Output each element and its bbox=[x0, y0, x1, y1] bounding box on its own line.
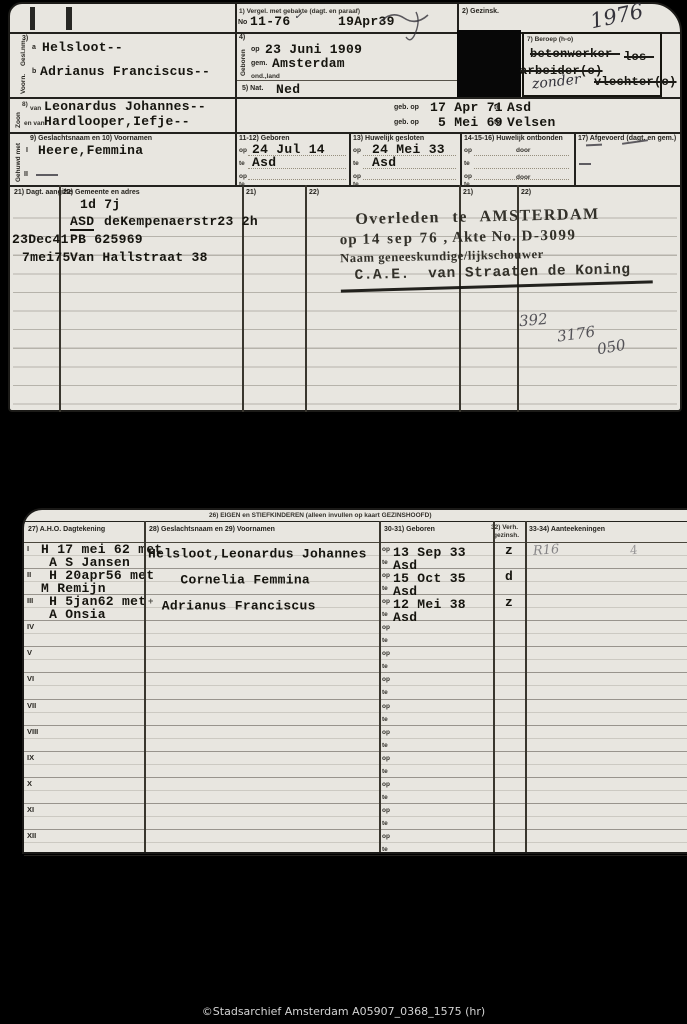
registration-date: 23Dec41 bbox=[12, 233, 69, 247]
children-column-headers: 27) A.H.O. Dagtekening 28) Geslachtsnaam… bbox=[24, 522, 687, 543]
op-label: op bbox=[382, 621, 393, 631]
child-row: XIopte bbox=[24, 804, 687, 830]
surname-side-label: Gesl.nm. bbox=[20, 39, 27, 66]
child-row: Xopte bbox=[24, 778, 687, 804]
op-label: op bbox=[382, 778, 393, 788]
te-label: te bbox=[239, 181, 245, 188]
guide-line bbox=[248, 179, 346, 180]
archive-caption: ©Stadsarchief Amsterdam A05907_0368_1575… bbox=[0, 1005, 687, 1018]
row-number: II bbox=[27, 570, 31, 579]
te-label: te bbox=[382, 634, 393, 644]
child-marriage-line2 bbox=[41, 817, 144, 830]
firstnames-value: Adrianus Franciscus-- bbox=[40, 65, 210, 79]
op-label: op bbox=[382, 830, 393, 840]
guide-line bbox=[474, 168, 569, 169]
child-dagtekening-cell: X bbox=[24, 778, 144, 803]
father-birth-date: 17 Apr 71 bbox=[430, 101, 503, 115]
handwritten-dash bbox=[579, 163, 591, 165]
child-relation-cell bbox=[493, 804, 525, 829]
child-name-cell: Cornelia Femmina bbox=[144, 569, 379, 594]
row-number: VIII bbox=[27, 727, 38, 736]
child-name-cell bbox=[144, 647, 379, 672]
handwritten-note: R16 bbox=[533, 542, 560, 559]
child-row: IXopte bbox=[24, 752, 687, 778]
comma: , bbox=[443, 230, 448, 246]
column-line bbox=[59, 185, 61, 412]
divider-line bbox=[574, 132, 576, 185]
field2-label: 2) Gezinsk. bbox=[462, 8, 499, 16]
registration-city: ASD bbox=[70, 215, 94, 231]
child-name: Adrianus Franciscus bbox=[154, 599, 316, 614]
child-marriage-line2 bbox=[41, 739, 144, 752]
child-notes-cell bbox=[525, 804, 687, 829]
op-label: op bbox=[382, 700, 393, 710]
father-birth-place: Asd bbox=[507, 101, 531, 115]
child-marriage-line2 bbox=[41, 843, 144, 856]
child-name-cell bbox=[144, 673, 379, 698]
field5-label: 5) Nat. bbox=[242, 85, 263, 93]
firstname-side-label: Voorn. bbox=[20, 74, 27, 94]
child-notes-cell bbox=[525, 673, 687, 698]
child-name: Helsloot,Leonardus Johannes bbox=[148, 546, 367, 561]
annotation-mark: + bbox=[148, 597, 154, 607]
child-dagtekening-cell: VI bbox=[24, 673, 144, 698]
surname-value: Helsloot-- bbox=[42, 41, 123, 55]
redacted-area bbox=[457, 30, 521, 97]
column-line bbox=[305, 185, 307, 412]
col28-header: 28) Geslachtsnaam en 29) Voornamen bbox=[149, 526, 275, 534]
child-birth-cell: opte bbox=[379, 647, 493, 672]
child-birth-cell: opte bbox=[379, 726, 493, 751]
child-notes-cell bbox=[525, 700, 687, 725]
te-label: te bbox=[382, 791, 393, 801]
te-label: te bbox=[382, 660, 393, 670]
child-notes-cell bbox=[525, 778, 687, 803]
child-birth-cell: op12 Mei 38teAsd bbox=[379, 595, 493, 620]
child-notes-cell bbox=[525, 830, 687, 855]
child-relation-cell bbox=[493, 752, 525, 777]
child-row: VIIIopte bbox=[24, 726, 687, 752]
child-dagtekening-cell: II H 20apr56 metM Remijn bbox=[24, 569, 144, 594]
child-birth-cell: op13 Sep 33teAsd bbox=[379, 543, 493, 568]
child-marriage-line2 bbox=[41, 765, 144, 778]
op-label: op bbox=[382, 595, 393, 605]
child-marriage-line2 bbox=[41, 634, 144, 647]
row-number: VII bbox=[27, 701, 36, 710]
child-marriage-line1 bbox=[41, 804, 144, 817]
child-marriage-line2: A S Jansen bbox=[41, 556, 144, 569]
te-label: te bbox=[382, 608, 393, 618]
child-dagtekening-cell: IH 17 mei 62 met A S Jansen bbox=[24, 543, 144, 568]
col22-header: 22) bbox=[521, 189, 531, 197]
child-marriage-line2 bbox=[41, 660, 144, 673]
scan-page: 1) Vergel. met gebakte (dagt. en paraaf)… bbox=[0, 0, 687, 1024]
child-marriage-line2 bbox=[41, 713, 144, 726]
child-dagtekening-cell: III H 5jan62 met A Onsia bbox=[24, 595, 144, 620]
op-label: op bbox=[464, 147, 472, 154]
beroep-entry: los- bbox=[624, 51, 654, 64]
child-name-cell bbox=[144, 778, 379, 803]
child-relation-cell bbox=[493, 726, 525, 751]
child-birth-cell: opte bbox=[379, 804, 493, 829]
te-label: te bbox=[464, 160, 470, 167]
handwritten-year: 1976 bbox=[588, 0, 645, 33]
registration-date: 7mei75 bbox=[22, 251, 71, 265]
akte-label: Akte No. bbox=[452, 229, 517, 246]
te-label: te bbox=[382, 686, 393, 696]
child-dagtekening-cell: VII bbox=[24, 700, 144, 725]
child-relation-cell bbox=[493, 830, 525, 855]
op-label: op bbox=[239, 173, 247, 180]
row-number: X bbox=[27, 779, 32, 788]
te-label: te bbox=[382, 713, 393, 723]
op-label: op bbox=[251, 46, 260, 54]
child-birth-cell: opte bbox=[379, 830, 493, 855]
row-number: III bbox=[27, 596, 33, 605]
child-relation-cell: d bbox=[493, 569, 525, 594]
col21-header: 21) bbox=[463, 189, 473, 197]
op-label: op bbox=[382, 804, 393, 814]
child-marriage-line1 bbox=[41, 830, 144, 843]
te-label: te bbox=[382, 817, 393, 827]
child-relation-cell bbox=[493, 621, 525, 646]
ink-mark bbox=[66, 7, 72, 30]
child-notes-cell bbox=[525, 726, 687, 751]
child-birth-cell: opte bbox=[379, 621, 493, 646]
en-van-label: en van bbox=[24, 120, 45, 127]
child-name-cell bbox=[144, 830, 379, 855]
col22-header: 22) Gemeente en adres bbox=[63, 189, 140, 197]
geb-op-label: geb. op bbox=[394, 104, 419, 112]
te-label: te bbox=[494, 119, 500, 127]
te-label: te bbox=[239, 160, 245, 167]
guide-line bbox=[474, 179, 569, 180]
gehuwd-met-side-label: Gehuwd met bbox=[15, 143, 22, 182]
guide-line bbox=[363, 179, 456, 180]
children-section-header: 26) EIGEN en STIEFKINDEREN (alleen invul… bbox=[24, 510, 687, 522]
child-notes-cell bbox=[525, 595, 687, 620]
te-label: te bbox=[382, 556, 393, 566]
op-label: op bbox=[382, 647, 393, 657]
ond-land-label: ond.,land bbox=[251, 73, 280, 80]
op-label: op bbox=[382, 569, 393, 579]
child-notes-cell bbox=[525, 621, 687, 646]
guide-line bbox=[248, 168, 346, 169]
op-label: op bbox=[464, 173, 472, 180]
child-dagtekening-cell: XII bbox=[24, 830, 144, 855]
field8-label: 8) bbox=[22, 101, 28, 108]
child-birth-cell: opte bbox=[379, 752, 493, 777]
child-relation-cell bbox=[493, 673, 525, 698]
te-label: te bbox=[353, 181, 359, 188]
col32-header: 32) Verh. bbox=[491, 524, 518, 531]
child-marriage-line1 bbox=[41, 700, 144, 713]
handwritten-dash bbox=[586, 144, 602, 147]
row-number: XII bbox=[27, 831, 36, 840]
row-number: XI bbox=[27, 805, 34, 814]
child-notes-cell bbox=[525, 569, 687, 594]
child-marriage-line2 bbox=[41, 791, 144, 804]
spouse-name: Heere,Femmina bbox=[38, 144, 143, 158]
child-marriage-line2: M Remijn bbox=[41, 582, 144, 595]
child-name-cell: Helsloot,Leonardus Johannes bbox=[144, 543, 379, 568]
child-marriage-line1 bbox=[41, 778, 144, 791]
beroep-entry: vlechter(o) bbox=[594, 76, 677, 89]
child-birth-cell: opte bbox=[379, 778, 493, 803]
divider-line bbox=[10, 132, 680, 134]
row-number: V bbox=[27, 648, 32, 657]
child-relation-cell: z bbox=[493, 543, 525, 568]
op-label: op bbox=[382, 673, 393, 683]
door-label: door bbox=[516, 147, 530, 154]
column-line bbox=[493, 521, 495, 852]
child-name-cell bbox=[144, 700, 379, 725]
child-relation-cell bbox=[493, 778, 525, 803]
op-label: op bbox=[382, 726, 393, 736]
op-label: op bbox=[340, 232, 358, 248]
child-row: VIIopte bbox=[24, 700, 687, 726]
beroep-entry: betonwerker- bbox=[530, 48, 620, 61]
child-birth-cell: opte bbox=[379, 700, 493, 725]
persoonskaart-children-section: 26) EIGEN en STIEFKINDEREN (alleen invul… bbox=[22, 508, 687, 854]
death-stamp: Overleden te AMSTERDAM op 14 sep 76 , Ak… bbox=[339, 205, 653, 292]
handwritten-note-far: 4 bbox=[629, 542, 639, 557]
col30-header: 30-31) Geboren bbox=[384, 526, 435, 534]
registration-note: 1d 7j bbox=[80, 198, 121, 212]
child-marriage-line1 bbox=[41, 647, 144, 660]
row-number: IX bbox=[27, 753, 34, 762]
col22-header: 22) bbox=[309, 189, 319, 197]
op-label: op bbox=[382, 543, 393, 553]
father-name: Leonardus Johannes-- bbox=[44, 100, 206, 114]
registration-address: PB 625969 bbox=[70, 233, 143, 247]
te-label: te bbox=[382, 765, 393, 775]
divider-line bbox=[10, 185, 680, 187]
divider-line bbox=[460, 132, 462, 185]
beroep-label: 7) Beroep (h-o) bbox=[527, 36, 573, 43]
gem-label: gem. bbox=[251, 60, 267, 68]
child-row: IH 17 mei 62 met A S JansenHelsloot,Leon… bbox=[24, 543, 687, 569]
te-label: te bbox=[494, 104, 500, 112]
field4-label: 4) bbox=[239, 34, 245, 42]
nationality-value: Ned bbox=[276, 83, 300, 97]
column-line bbox=[525, 521, 527, 852]
child-row: II H 20apr56 metM Remijn Cornelia Femmin… bbox=[24, 569, 687, 595]
child-birth-cell: op15 Oct 35teAsd bbox=[379, 569, 493, 594]
beroep-box: 7) Beroep (h-o) betonwerker- los- arbeid… bbox=[522, 32, 662, 97]
te-label: te bbox=[353, 160, 359, 167]
child-birth-cell: opte bbox=[379, 673, 493, 698]
divider-line bbox=[235, 80, 457, 81]
child-name-cell bbox=[144, 621, 379, 646]
child-dagtekening-cell: XI bbox=[24, 804, 144, 829]
ontbonden-header: 14-15-16) Huwelijk ontbonden bbox=[464, 135, 563, 143]
child-dagtekening-cell: IV bbox=[24, 621, 144, 646]
child-name-cell: + Adrianus Franciscus bbox=[144, 595, 379, 620]
child-dagtekening-cell: V bbox=[24, 647, 144, 672]
col21-header: 21) bbox=[246, 189, 256, 197]
van-label: van bbox=[30, 105, 41, 112]
child-notes-cell bbox=[525, 752, 687, 777]
mother-birth-place: Velsen bbox=[507, 116, 556, 130]
child-row: VIopte bbox=[24, 673, 687, 699]
child-marriage-line1 bbox=[41, 752, 144, 765]
row-2-label: II bbox=[24, 171, 28, 179]
row-number: IV bbox=[27, 622, 34, 631]
door-label: door bbox=[516, 174, 530, 181]
op-label: op bbox=[239, 147, 247, 154]
guide-line bbox=[363, 155, 456, 156]
col32-header2: gezinsh. bbox=[493, 532, 519, 539]
child-marriage-line2 bbox=[41, 686, 144, 699]
row-a-label: a bbox=[32, 44, 36, 52]
child-relation-cell: z bbox=[493, 595, 525, 620]
akte-number: D-3099 bbox=[521, 227, 576, 244]
child-marriage-line2: A Onsia bbox=[41, 608, 144, 621]
signature-squiggle bbox=[378, 6, 430, 40]
col33-header: 33-34) Aanteekeningen bbox=[529, 526, 605, 534]
column-line bbox=[144, 521, 146, 852]
child-relation-cell bbox=[493, 647, 525, 672]
guide-line bbox=[363, 168, 456, 169]
child-row: III H 5jan62 met A Onsia+ Adrianus Franc… bbox=[24, 595, 687, 621]
op-label: op bbox=[353, 173, 361, 180]
divider-line bbox=[235, 4, 237, 185]
child-row: IVopte bbox=[24, 621, 687, 647]
row-number: I bbox=[27, 544, 29, 553]
persoonskaart-front: 1) Vergel. met gebakte (dagt. en paraaf)… bbox=[8, 2, 682, 412]
child-name-cell bbox=[144, 804, 379, 829]
column-line bbox=[379, 521, 381, 852]
death-date: 14 sep 76 bbox=[362, 230, 439, 248]
child-notes-cell: R164 bbox=[525, 543, 687, 568]
child-relation-cell bbox=[493, 700, 525, 725]
row-b-label: b bbox=[32, 68, 36, 76]
guide-line bbox=[248, 155, 346, 156]
registration-address: deKempenaerstr23 2h bbox=[104, 215, 258, 229]
op-label: op bbox=[382, 752, 393, 762]
te-label: te bbox=[464, 181, 470, 188]
children-table-body: IH 17 mei 62 met A S JansenHelsloot,Leon… bbox=[24, 543, 687, 856]
guide-line bbox=[474, 155, 569, 156]
geb-op-label: geb. op bbox=[394, 119, 419, 127]
child-notes-cell bbox=[525, 647, 687, 672]
child-name-cell bbox=[144, 726, 379, 751]
vergelijk-number: 11-76 bbox=[250, 15, 291, 29]
divider-line bbox=[349, 132, 351, 185]
child-row: Vopte bbox=[24, 647, 687, 673]
row-1-label: I bbox=[26, 147, 28, 155]
registration-address: Van Hallstraat 38 bbox=[70, 251, 208, 265]
child-dagtekening-cell: VIII bbox=[24, 726, 144, 751]
child-row: XIIopte bbox=[24, 830, 687, 856]
children-section-title: 26) EIGEN en STIEFKINDEREN (alleen invul… bbox=[209, 512, 431, 519]
child-marriage-line1 bbox=[41, 726, 144, 739]
te-label: te bbox=[382, 843, 393, 853]
row-number: VI bbox=[27, 674, 34, 683]
mother-name: Hardlooper,Iefje-- bbox=[44, 115, 190, 129]
te-label: te bbox=[382, 739, 393, 749]
birth-date: 23 Juni 1909 bbox=[265, 43, 362, 57]
child-marriage-line1 bbox=[41, 673, 144, 686]
zoon-side-label: Zoon bbox=[15, 112, 22, 128]
child-dagtekening-cell: IX bbox=[24, 752, 144, 777]
handwritten-dash bbox=[36, 174, 58, 176]
spouse-header: 9) Geslachtsnaam en 10) Voornamen bbox=[30, 135, 152, 143]
ink-mark bbox=[30, 7, 35, 30]
no-label: No bbox=[238, 19, 247, 27]
check-mark: ✓ bbox=[294, 11, 302, 22]
geboren-side-label: Geboren bbox=[240, 49, 247, 76]
child-name: Cornelia Femmina bbox=[148, 572, 310, 587]
handwritten-number: 392 bbox=[518, 310, 548, 330]
child-name-cell bbox=[144, 752, 379, 777]
birth-place: Amsterdam bbox=[272, 57, 345, 71]
op-label: op bbox=[353, 147, 361, 154]
child-marriage-line1 bbox=[41, 621, 144, 634]
te-label: te bbox=[382, 582, 393, 592]
col27-header: 27) A.H.O. Dagtekening bbox=[28, 526, 105, 534]
